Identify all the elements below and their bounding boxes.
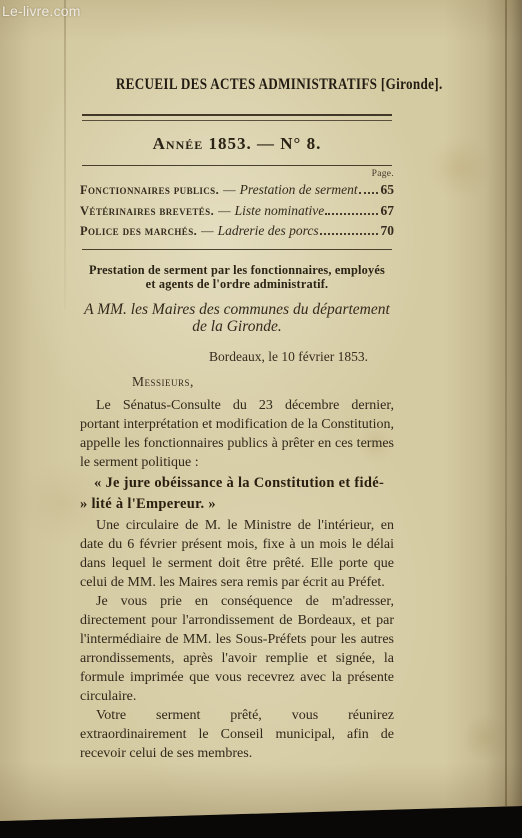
oath-line-2: » lité à l'Empereur. »: [80, 494, 394, 515]
page-column-label: Page.: [80, 169, 394, 179]
toc-dot-leader: [320, 233, 378, 235]
publication-title: RECUEIL DES ACTES ADMINISTRATIFS [Girond…: [116, 76, 443, 94]
issue-line: Année 1853. — N° 8.: [80, 134, 394, 154]
article-body: Le Sénatus-Consulte du 23 décembre derni…: [80, 396, 394, 763]
toc-dot-leader: [325, 213, 377, 215]
oath-quote: « Je jure obéissance à la Constitution e…: [80, 473, 394, 515]
article-salutation: Messieurs,: [132, 374, 394, 390]
page-right-edge: [505, 0, 507, 806]
masthead: RECUEIL DES ACTES ADMINISTRATIFS [Girond…: [80, 76, 394, 106]
paragraph: Votre serment prêté, vous réunirez extra…: [80, 706, 394, 763]
paper-crease: [64, 0, 66, 310]
double-rule: [82, 114, 392, 121]
table-of-contents: Fonctionnaires publics. — Prestation de …: [80, 180, 394, 242]
toc-heading: Fonctionnaires publics.: [80, 181, 219, 201]
toc-bottom-rule: [82, 249, 392, 250]
paragraph: Le Sénatus-Consulte du 23 décembre derni…: [80, 396, 394, 472]
printed-column: RECUEIL DES ACTES ADMINISTRATIFS [Girond…: [80, 70, 394, 763]
paragraph: Je vous prie en conséquence de m'adresse…: [80, 592, 394, 706]
oath-line-1: « Je jure obéissance à la Constitution e…: [80, 473, 394, 494]
toc-heading: Vétérinaires brevetés.: [80, 202, 214, 222]
article-address: A MM. les Maires des communes du départe…: [80, 301, 394, 336]
toc-row: Fonctionnaires publics. — Prestation de …: [80, 180, 394, 201]
toc-heading: Police des marchés.: [80, 222, 197, 242]
toc-separator: —: [218, 202, 231, 222]
article-dateline: Bordeaux, le 10 février 1853.: [80, 349, 394, 365]
toc-subject: Ladrerie des porcs: [218, 221, 319, 241]
article-heading: Prestation de serment par les fonctionna…: [80, 263, 394, 291]
toc-page-number: 65: [381, 180, 395, 200]
toc-subject: Prestation de serment: [240, 180, 358, 200]
scanned-page-photo: RECUEIL DES ACTES ADMINISTRATIFS [Girond…: [0, 0, 522, 838]
toc-dot-leader: [359, 192, 378, 194]
single-rule: [82, 165, 392, 166]
toc-page-number: 67: [381, 201, 395, 221]
toc-row: Police des marchés. — Ladrerie des porcs…: [80, 221, 394, 242]
toc-separator: —: [201, 222, 214, 242]
watermark-text: Le-livre.com: [2, 3, 81, 19]
toc-row: Vétérinaires brevetés. — Liste nominativ…: [80, 201, 394, 222]
toc-separator: —: [223, 181, 236, 201]
paper-sheet: RECUEIL DES ACTES ADMINISTRATIFS [Girond…: [0, 0, 522, 838]
toc-page-number: 70: [381, 221, 395, 241]
toc-subject: Liste nominative: [235, 201, 325, 221]
paragraph: Une circulaire de M. le Ministre de l'in…: [80, 516, 394, 592]
